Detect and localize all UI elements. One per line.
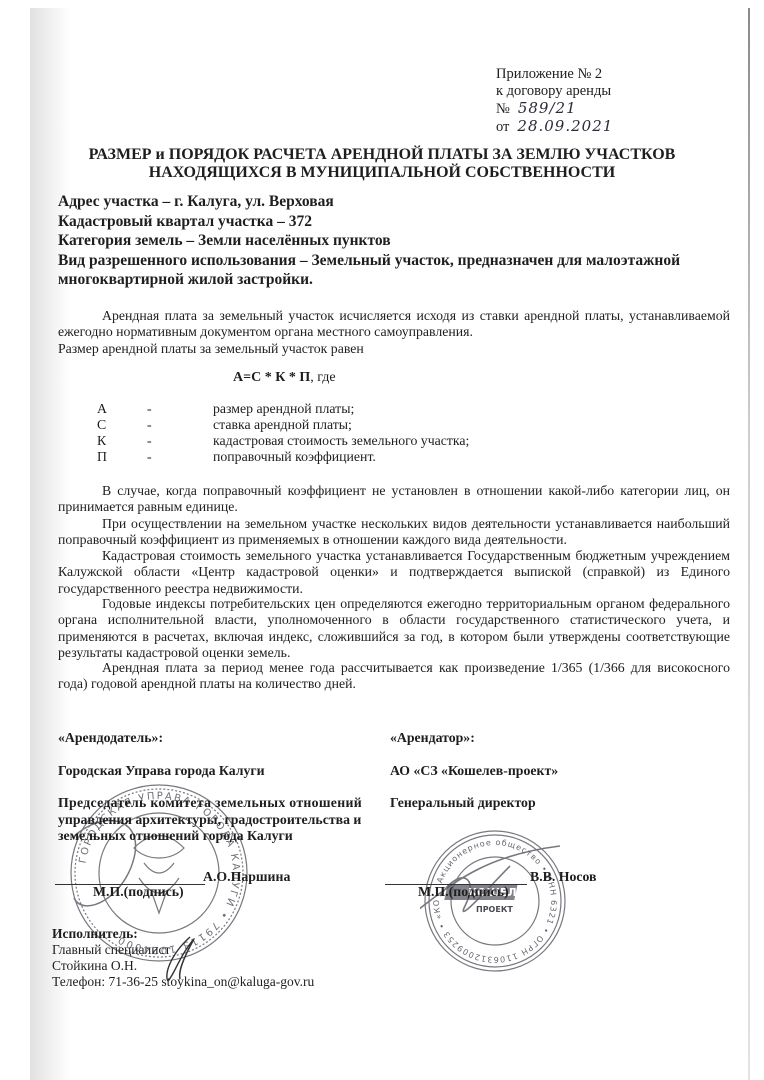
legend-row: А - размер арендной платы; <box>97 401 469 417</box>
rent-size-paragraph: Размер арендной платы за земельный участ… <box>58 341 730 357</box>
legend-meaning: поправочный коэффициент. <box>213 449 376 465</box>
legend-meaning: кадастровая стоимость земельного участка… <box>213 433 469 449</box>
rule-paragraph: В случае, когда поправочный коэффициент … <box>58 483 730 516</box>
intro-paragraph: Арендная плата за земельный участок исчи… <box>58 308 730 341</box>
rent-size-text: Размер арендной платы за земельный участ… <box>58 341 364 356</box>
legend-dash: - <box>147 401 213 417</box>
formula-expression: А=С * К * П <box>233 370 310 385</box>
title-line-2: НАХОДЯЩИХСЯ В МУНИЦИПАЛЬНОЙ СОБСТВЕННОСТ… <box>0 164 764 182</box>
executor-signature-icon <box>160 935 200 985</box>
appendix-title: Приложение № 2 <box>496 66 613 83</box>
formula-suffix: , где <box>310 370 335 385</box>
rule-text: Кадастровая стоимость земельного участка… <box>58 548 730 596</box>
lessee-role: «Арендатор»: <box>390 730 475 747</box>
title-line-1: РАЗМЕР и ПОРЯДОК РАСЧЕТА АРЕНДНОЙ ПЛАТЫ … <box>0 146 764 164</box>
legend-meaning: ставка арендной платы; <box>213 417 352 433</box>
document-title: РАЗМЕР и ПОРЯДОК РАСЧЕТА АРЕНДНОЙ ПЛАТЫ … <box>0 146 764 182</box>
legend-symbol: С <box>97 417 147 433</box>
appendix-date: от28.09.2021 <box>496 118 613 136</box>
rule-text: При осуществлении на земельном участке н… <box>58 516 730 547</box>
legend-dash: - <box>147 417 213 433</box>
parcel-info: Адрес участка – г. Калуга, ул. Верховая … <box>58 192 680 290</box>
number-label: № <box>496 101 510 117</box>
svg-text:ПРОЕКТ: ПРОЕКТ <box>476 905 513 914</box>
appendix-number: №589/21 <box>496 100 613 118</box>
parcel-land-category: Категория земель – Земли населённых пунк… <box>58 231 680 251</box>
rule-paragraph: Арендная плата за период менее года расс… <box>58 660 730 693</box>
handwritten-number: 589/21 <box>518 99 577 117</box>
rule-text: В случае, когда поправочный коэффициент … <box>58 483 730 514</box>
date-label: от <box>496 119 509 135</box>
lessee-seal-label: М.П.(подпись) <box>418 884 509 901</box>
legend-row: С - ставка арендной платы; <box>97 417 469 433</box>
rule-paragraph: Кадастровая стоимость земельного участка… <box>58 548 730 597</box>
lessee-organization: АО «СЗ «Кошелев-проект» <box>390 763 558 780</box>
lessor-position-line: земельных отношений города Калуги <box>58 828 368 845</box>
legend-row: К - кадастровая стоимость земельного уча… <box>97 433 469 449</box>
legend-symbol: А <box>97 401 147 417</box>
parcel-cadastral-quarter: Кадастровый квартал участка – 372 <box>58 212 680 232</box>
lessee-position: Генеральный директор <box>390 795 536 812</box>
appendix-contract-ref: к договору аренды <box>496 83 613 100</box>
intro-text: Арендная плата за земельный участок исчи… <box>58 308 730 339</box>
lessor-signatory: А.О.Паршина <box>203 869 290 886</box>
rule-paragraph: Годовые индексы потребительских цен опре… <box>58 596 730 661</box>
lessee-stamp-icon: КОШЕЛЕВ ПРОЕКТ Акционерное общество • ИН… <box>420 826 570 976</box>
legend-row: П - поправочный коэффициент. <box>97 449 469 465</box>
lessor-position: Председатель комитета земельных отношени… <box>58 795 368 845</box>
legend-dash: - <box>147 449 213 465</box>
appendix-header: Приложение № 2 к договору аренды №589/21… <box>496 66 613 136</box>
legend-symbol: К <box>97 433 147 449</box>
parcel-permitted-use: Вид разрешенного использования – Земельн… <box>58 251 680 271</box>
legend-dash: - <box>147 433 213 449</box>
lessor-position-line: Председатель комитета земельных отношени… <box>58 795 368 812</box>
rule-text: Годовые индексы потребительских цен опре… <box>58 596 730 660</box>
legend-symbol: П <box>97 449 147 465</box>
formula-legend: А - размер арендной платы; С - ставка ар… <box>97 401 469 465</box>
lessor-seal-label: М.П.(подпись) <box>93 884 184 901</box>
rule-text: Арендная плата за период менее года расс… <box>58 660 730 691</box>
parcel-permitted-use-cont: многоквартирной жилой застройки. <box>58 270 680 290</box>
lessor-position-line: управления архитектуры, градостроительст… <box>58 812 368 829</box>
lessor-role: «Арендодатель»: <box>58 730 163 747</box>
rent-formula: А=С * К * П, где <box>233 370 336 386</box>
lessor-organization: Городская Управа города Калуги <box>58 763 265 780</box>
legend-meaning: размер арендной платы; <box>213 401 354 417</box>
lessee-signatory: В.В. Носов <box>530 869 597 886</box>
rule-paragraph: При осуществлении на земельном участке н… <box>58 516 730 549</box>
handwritten-date: 28.09.2021 <box>517 117 613 135</box>
parcel-address: Адрес участка – г. Калуга, ул. Верховая <box>58 192 680 212</box>
